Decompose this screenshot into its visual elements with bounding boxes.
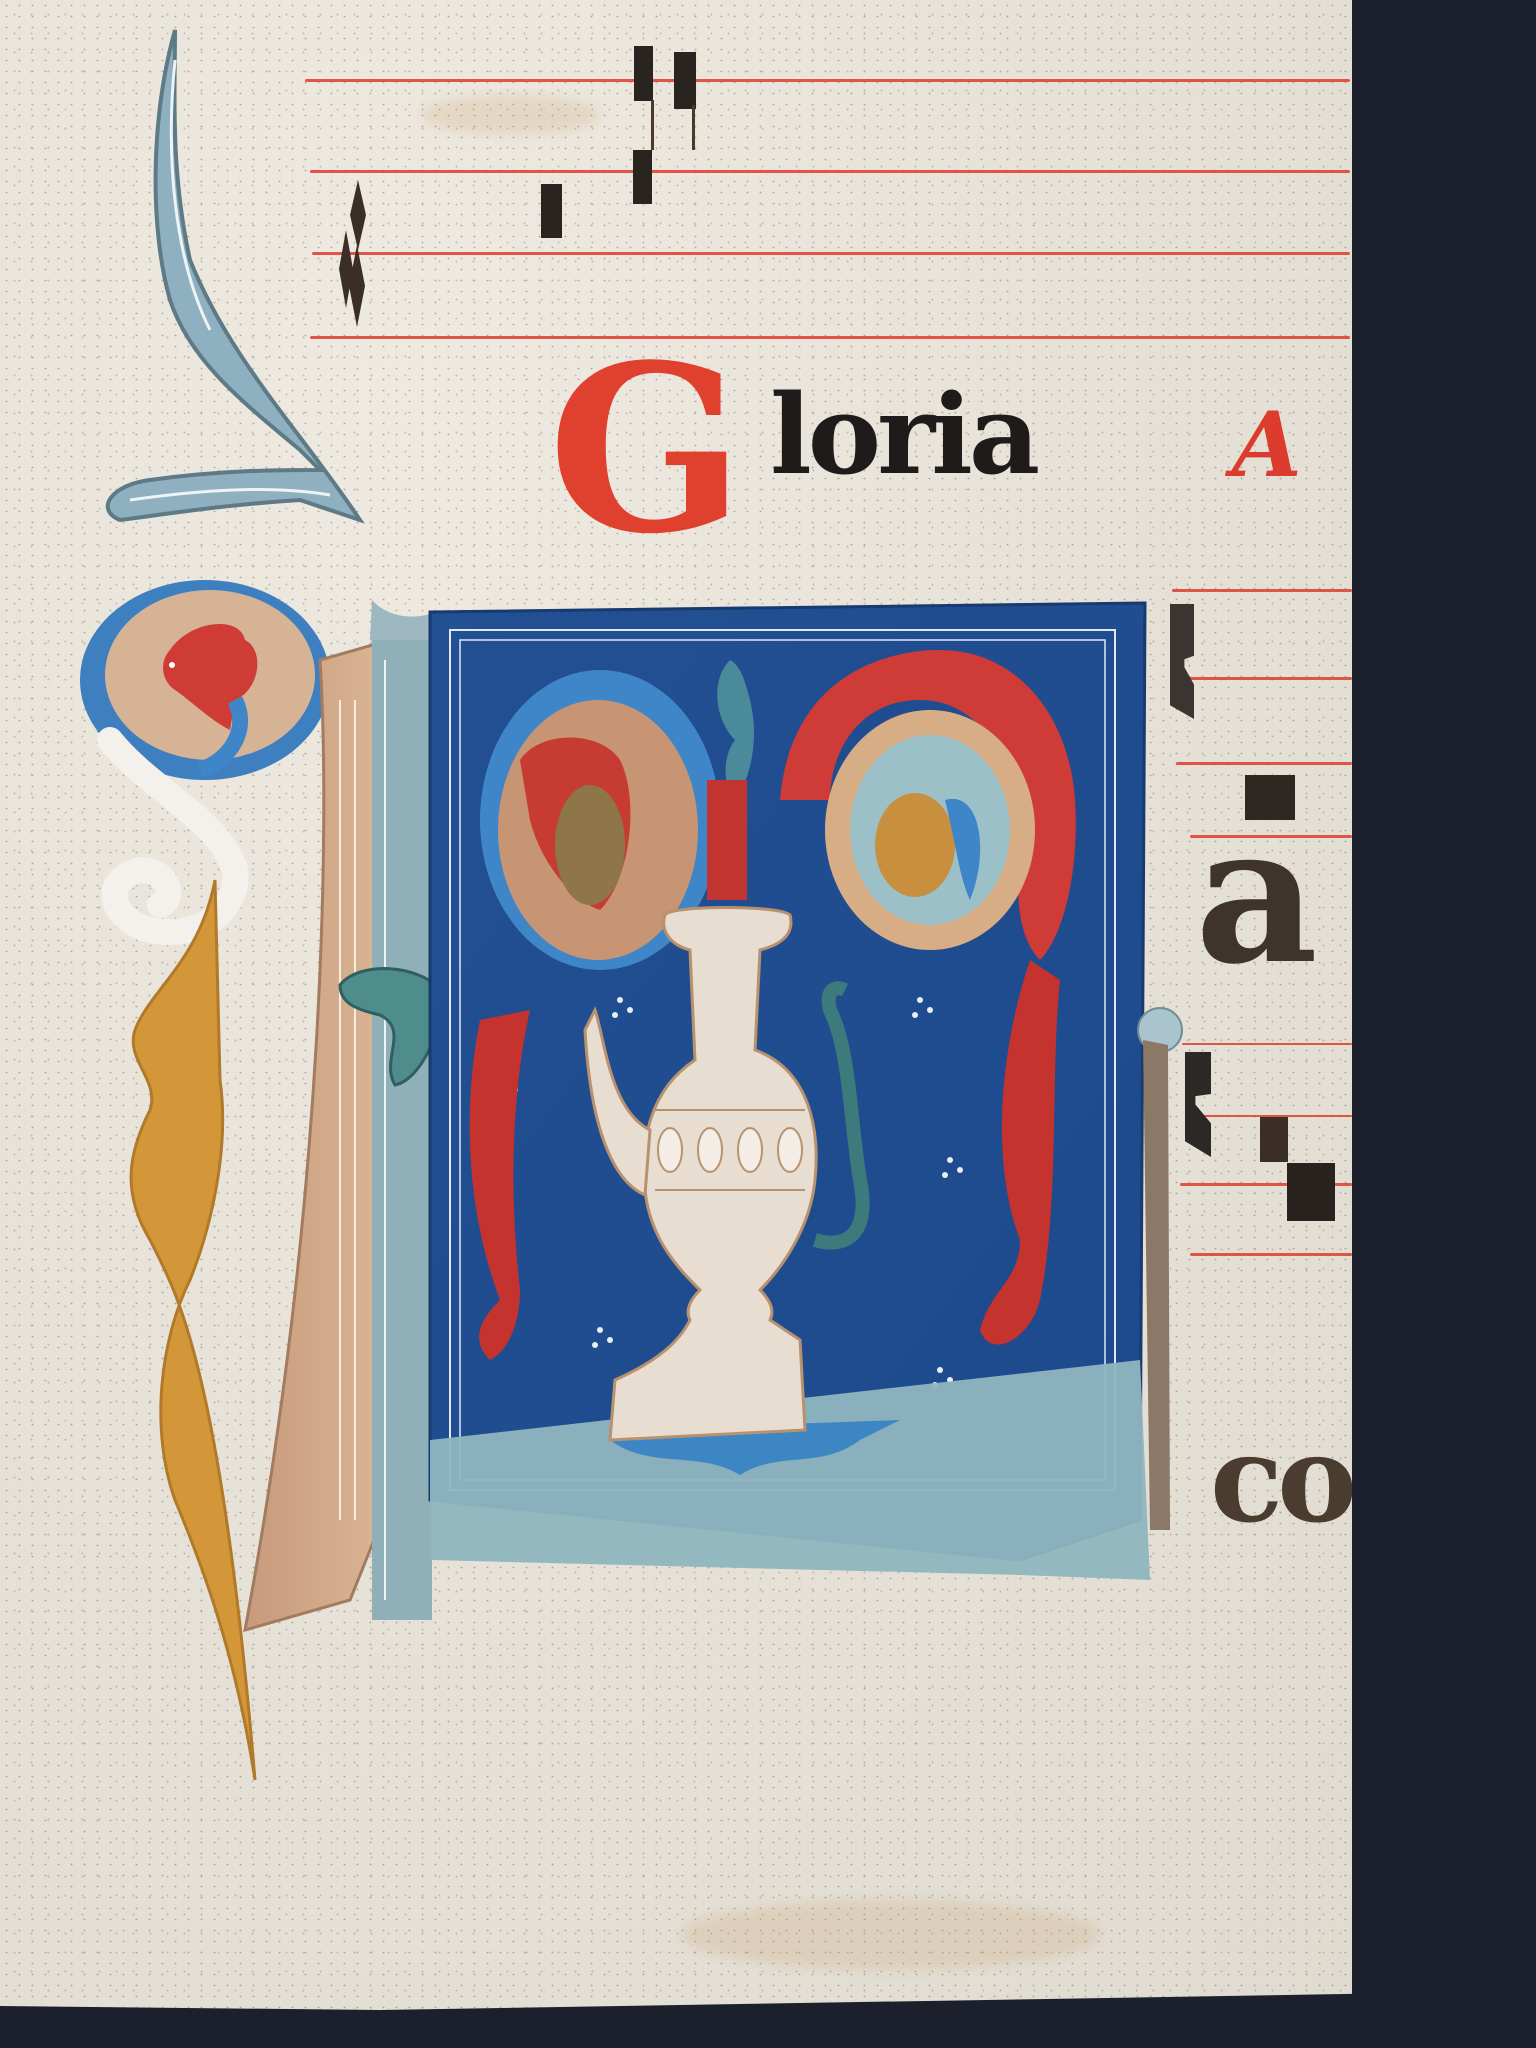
foliage-white-ochre xyxy=(110,740,255,1780)
head-right xyxy=(875,793,955,897)
acanthus-leaf-top xyxy=(108,30,360,520)
red-stem xyxy=(707,780,747,900)
illuminated-initial xyxy=(0,0,1536,2048)
right-volute xyxy=(1138,1008,1182,1530)
head-left xyxy=(555,785,625,905)
